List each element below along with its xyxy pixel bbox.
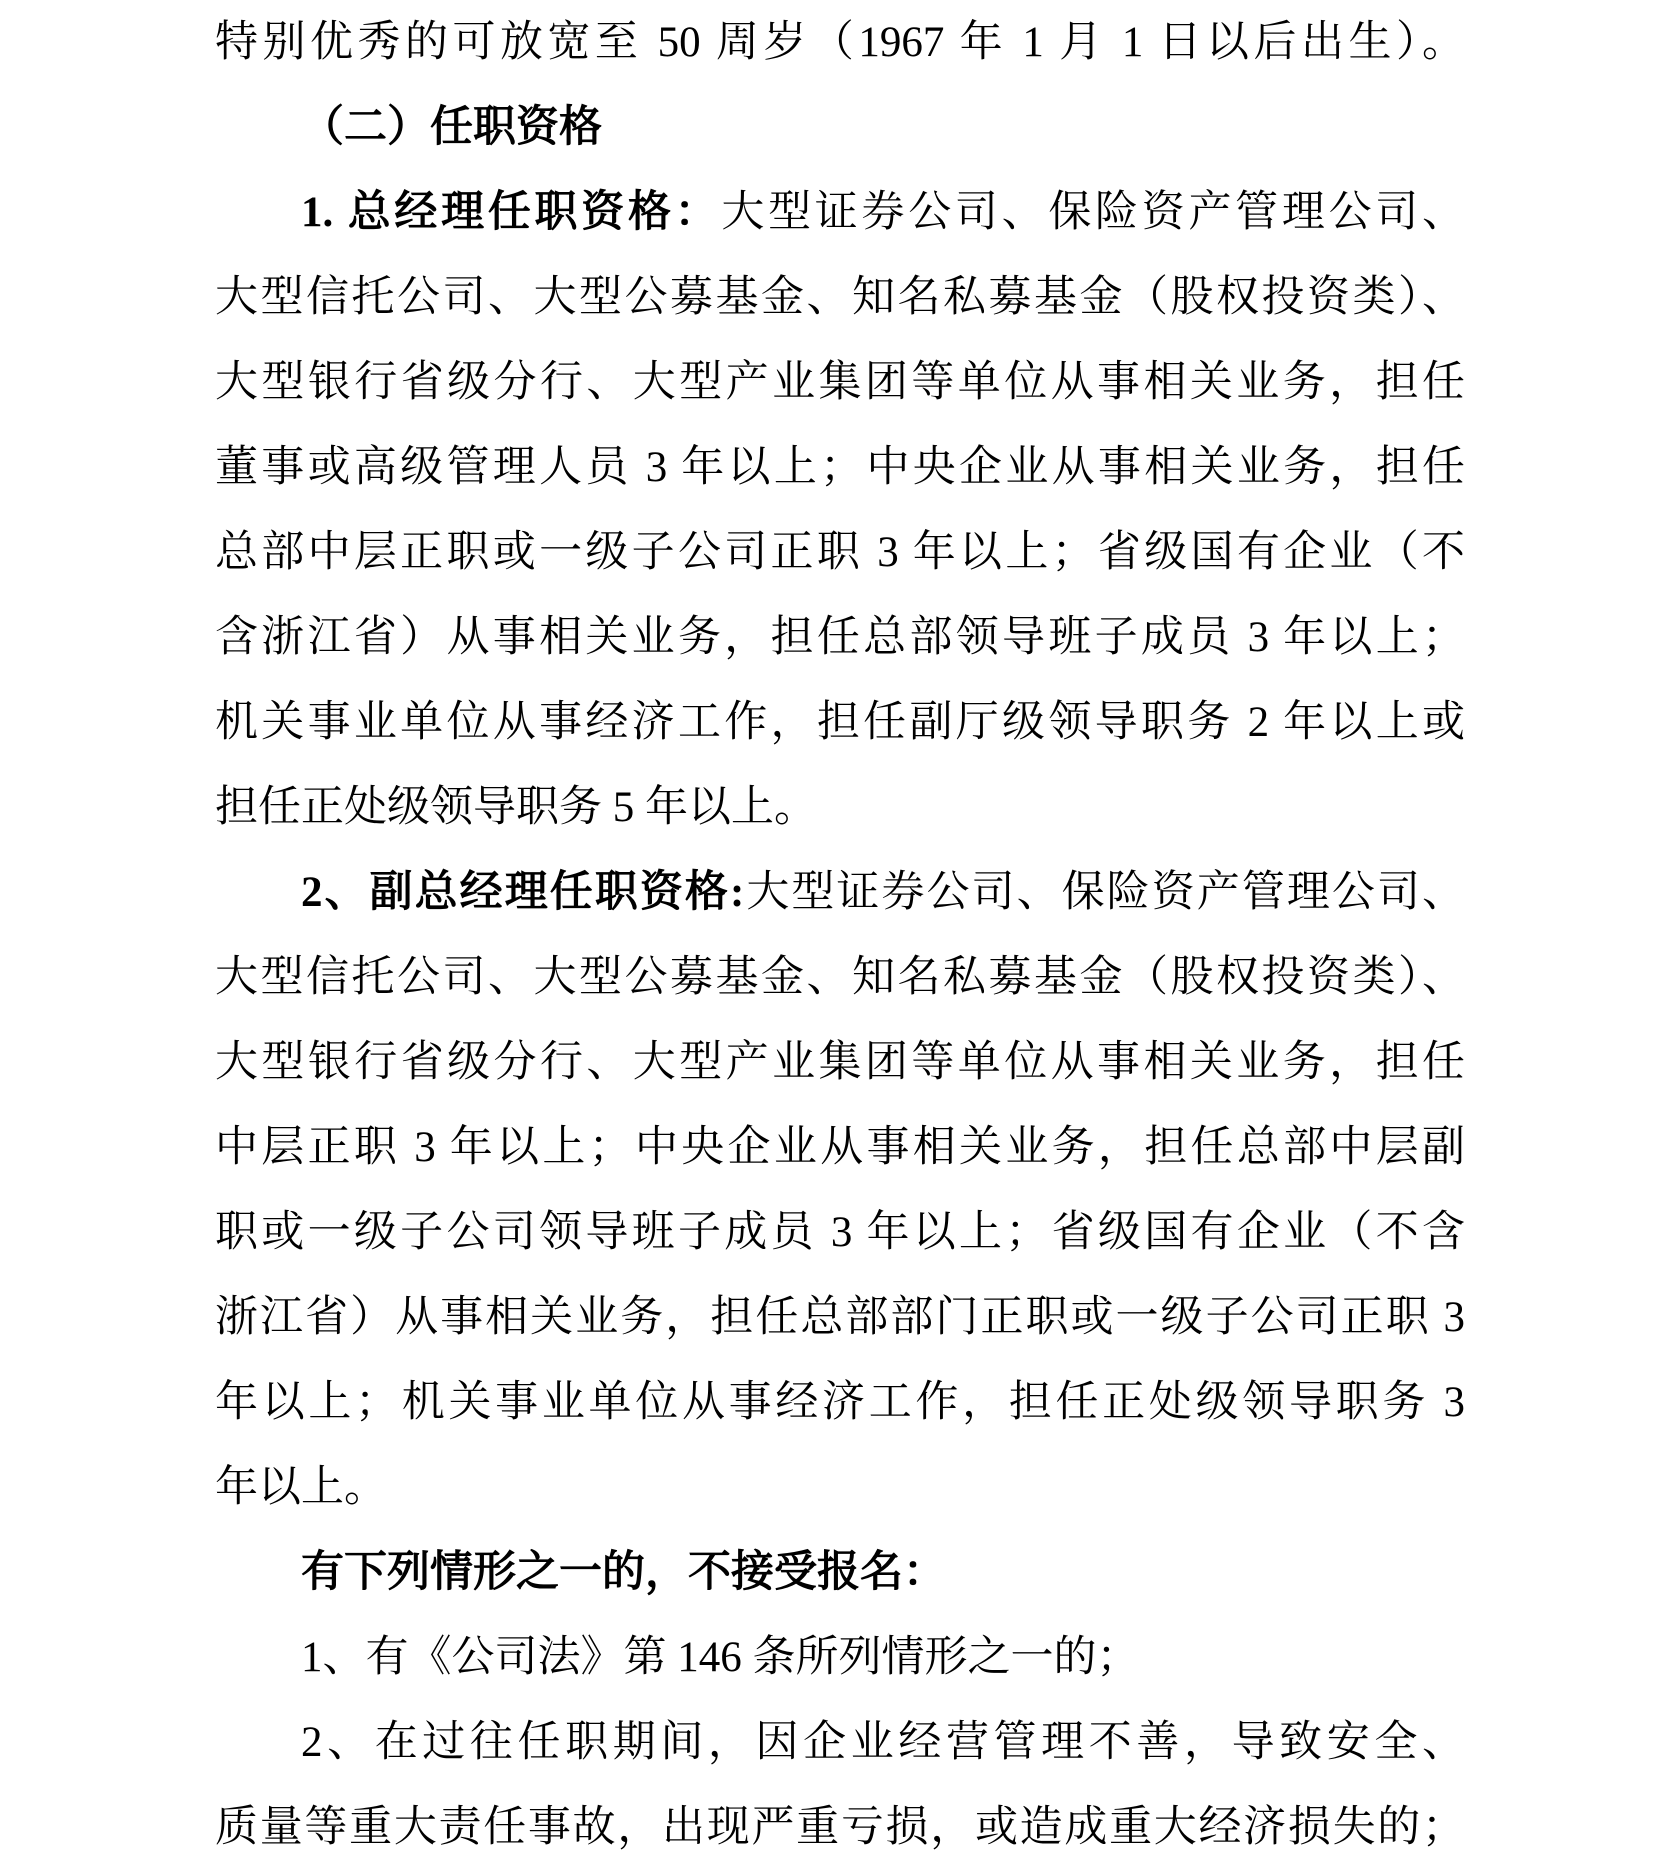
text-line: 大型信托公司、大型公募基金、知名私募基金（股权投资类）、 bbox=[215, 935, 1465, 1020]
text-run: 含浙江省）从事相关业务，担任总部领导班子成员 3 年以上； bbox=[215, 614, 1465, 661]
text-run: 大型银行省级分行、大型产业集团等单位从事相关业务，担任 bbox=[215, 359, 1465, 406]
text-run: 担任正处级领导职务 5 年以上。 bbox=[215, 784, 817, 831]
text-line: 质量等重大责任事故，出现严重亏损，或造成重大经济损失的； bbox=[215, 1785, 1465, 1870]
text-line: 年以上。 bbox=[215, 1445, 1465, 1530]
text-line: 总部中层正职或一级子公司正职 3 年以上；省级国有企业（不 bbox=[215, 510, 1465, 595]
text-run-bold: 1. 总经理任职资格： bbox=[301, 189, 721, 236]
text-line: 大型银行省级分行、大型产业集团等单位从事相关业务，担任 bbox=[215, 1020, 1465, 1105]
text-run: 总部中层正职或一级子公司正职 3 年以上；省级国有企业（不 bbox=[215, 529, 1465, 576]
text-run: 大型信托公司、大型公募基金、知名私募基金（股权投资类）、 bbox=[215, 274, 1465, 321]
text-line: 2、副总经理任职资格:大型证券公司、保险资产管理公司、 bbox=[215, 850, 1465, 935]
text-line: 1、有《公司法》第 146 条所列情形之一的； bbox=[215, 1615, 1465, 1700]
text-line: 担任正处级领导职务 5 年以上。 bbox=[215, 765, 1465, 850]
document-page: 特别优秀的可放宽至 50 周岁（1967 年 1 月 1 日以后出生）。 （二）… bbox=[0, 0, 1653, 1870]
text-line: 职或一级子公司领导班子成员 3 年以上；省级国有企业（不含 bbox=[215, 1190, 1465, 1275]
text-run: 大型证券公司、保险资产管理公司、 bbox=[721, 189, 1465, 236]
text-run: 职或一级子公司领导班子成员 3 年以上；省级国有企业（不含 bbox=[215, 1209, 1465, 1256]
text-line: 特别优秀的可放宽至 50 周岁（1967 年 1 月 1 日以后出生）。 bbox=[215, 0, 1465, 85]
text-run-bold: 有下列情形之一的，不接受报名： bbox=[301, 1549, 946, 1596]
text-line: 机关事业单位从事经济工作，担任副厅级领导职务 2 年以上或 bbox=[215, 680, 1465, 765]
text-run: 大型信托公司、大型公募基金、知名私募基金（股权投资类）、 bbox=[215, 954, 1465, 1001]
text-line: 大型信托公司、大型公募基金、知名私募基金（股权投资类）、 bbox=[215, 255, 1465, 340]
text-run-bold: 2、副总经理任职资格: bbox=[301, 869, 744, 916]
text-run-bold: （二）任职资格 bbox=[301, 104, 602, 151]
text-line: 年以上；机关事业单位从事经济工作，担任正处级领导职务 3 bbox=[215, 1360, 1465, 1445]
text-line: 含浙江省）从事相关业务，担任总部领导班子成员 3 年以上； bbox=[215, 595, 1465, 680]
text-line: 大型银行省级分行、大型产业集团等单位从事相关业务，担任 bbox=[215, 340, 1465, 425]
text-line: 中层正职 3 年以上；中央企业从事相关业务，担任总部中层副 bbox=[215, 1105, 1465, 1190]
text-run: 大型银行省级分行、大型产业集团等单位从事相关业务，担任 bbox=[215, 1039, 1465, 1086]
text-run: 中层正职 3 年以上；中央企业从事相关业务，担任总部中层副 bbox=[215, 1124, 1465, 1171]
document-body: 特别优秀的可放宽至 50 周岁（1967 年 1 月 1 日以后出生）。 （二）… bbox=[215, 0, 1465, 1870]
text-run: 机关事业单位从事经济工作，担任副厅级领导职务 2 年以上或 bbox=[215, 699, 1465, 746]
text-run: 董事或高级管理人员 3 年以上；中央企业从事相关业务，担任 bbox=[215, 444, 1465, 491]
text-run: 2、在过往任职期间，因企业经营管理不善，导致安全、 bbox=[301, 1719, 1465, 1766]
text-line: 董事或高级管理人员 3 年以上；中央企业从事相关业务，担任 bbox=[215, 425, 1465, 510]
text-line: 1. 总经理任职资格：大型证券公司、保险资产管理公司、 bbox=[215, 170, 1465, 255]
text-run: 质量等重大责任事故，出现严重亏损，或造成重大经济损失的； bbox=[215, 1804, 1465, 1851]
text-line: （二）任职资格 bbox=[215, 85, 1465, 170]
text-run: 1、有《公司法》第 146 条所列情形之一的； bbox=[301, 1634, 1140, 1681]
text-run: 特别优秀的可放宽至 50 周岁（1967 年 1 月 1 日以后出生）。 bbox=[215, 19, 1465, 66]
text-line: 2、在过往任职期间，因企业经营管理不善，导致安全、 bbox=[215, 1700, 1465, 1785]
text-line: 有下列情形之一的，不接受报名： bbox=[215, 1530, 1465, 1615]
text-run: 大型证券公司、保险资产管理公司、 bbox=[744, 869, 1465, 916]
text-run: 年以上。 bbox=[215, 1464, 387, 1511]
text-line: 浙江省）从事相关业务，担任总部部门正职或一级子公司正职 3 bbox=[215, 1275, 1465, 1360]
text-run: 浙江省）从事相关业务，担任总部部门正职或一级子公司正职 3 bbox=[215, 1294, 1465, 1341]
text-run: 年以上；机关事业单位从事经济工作，担任正处级领导职务 3 bbox=[215, 1379, 1465, 1426]
